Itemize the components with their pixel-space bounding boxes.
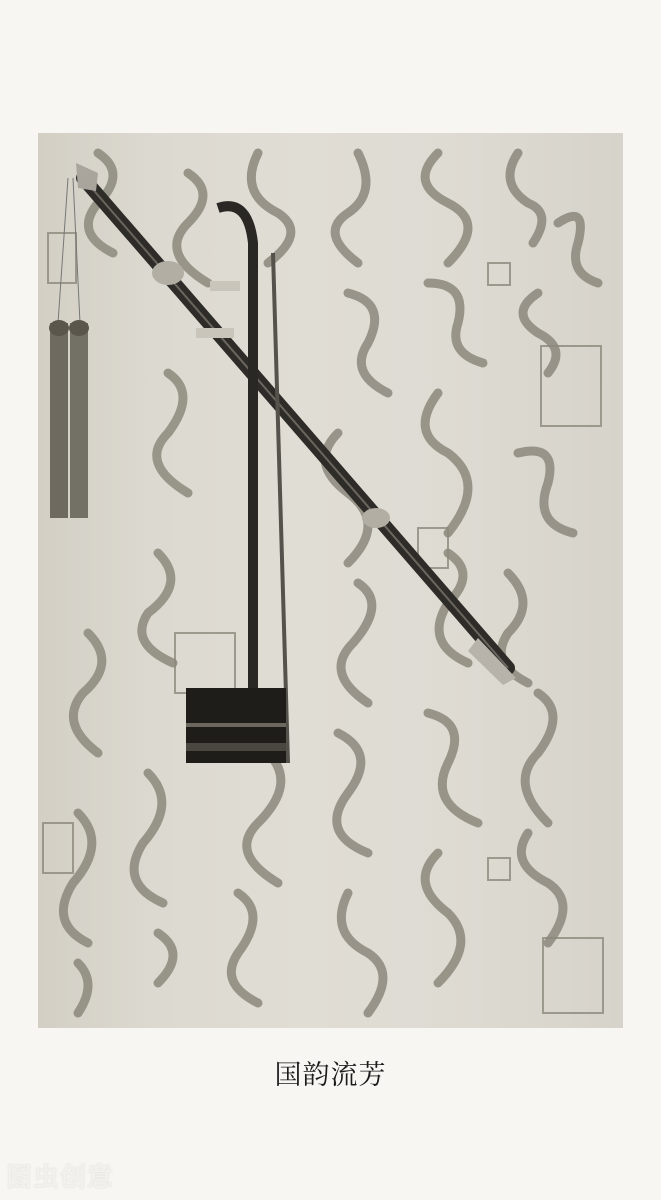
- watermark-text: 图虫创意: [6, 1157, 114, 1194]
- calligraphy-scene: [38, 133, 623, 1028]
- calligraphy-strokes-icon: [63, 153, 598, 1013]
- tassel-icon: [49, 178, 89, 518]
- erhu-icon: [186, 206, 288, 763]
- photo-caption: 国韵流芳: [0, 1053, 661, 1092]
- erhu-sword-photo: [38, 133, 623, 1028]
- sword-icon: [76, 163, 516, 685]
